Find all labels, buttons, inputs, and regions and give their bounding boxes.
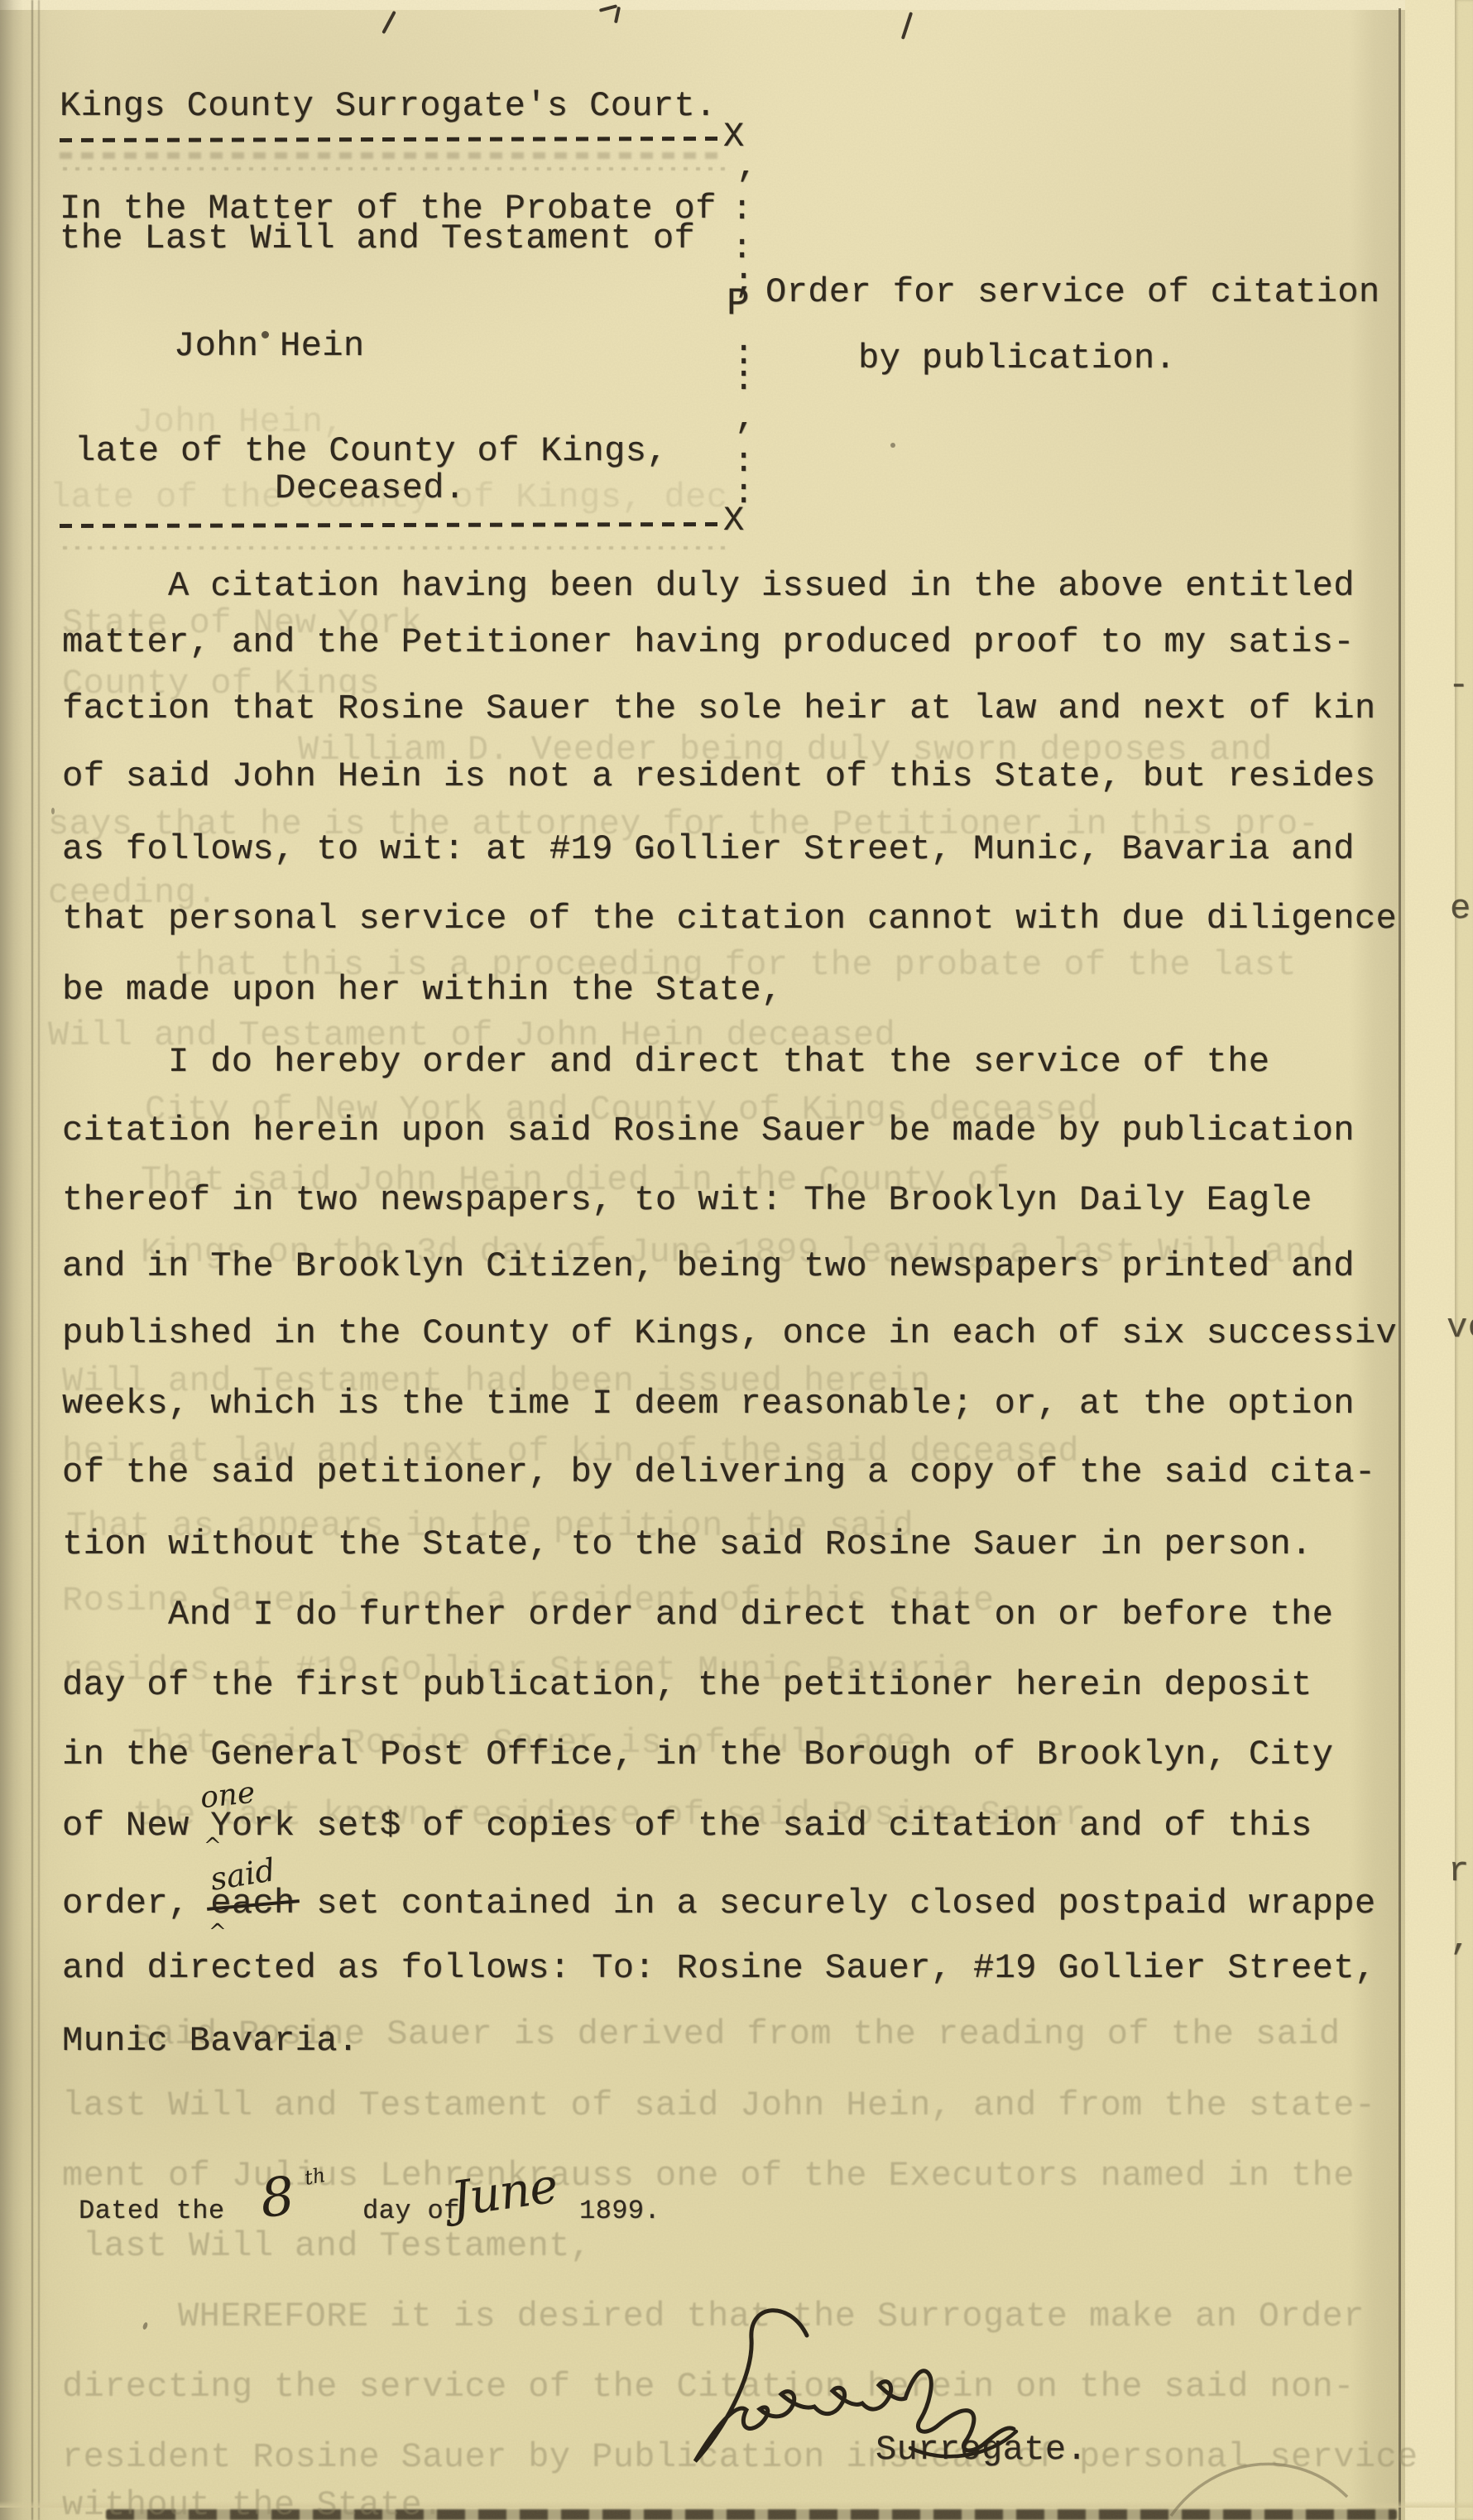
ink-speck: [890, 443, 895, 448]
body-line: weeks, which is the time I deem reasonab…: [62, 1386, 1355, 1421]
dashed-rule-ghost: [63, 546, 733, 550]
page-right-edge-line: [1399, 8, 1401, 2520]
edge-overflow-fragment: r: [1448, 1854, 1470, 1889]
caption-residence-line: late of the County of Kings,: [74, 434, 668, 468]
handwritten-month: June: [449, 2161, 560, 2223]
edge-overflow-fragment: ve: [1447, 1310, 1473, 1345]
body-line: And I do further order and direct that o…: [168, 1597, 1333, 1632]
edge-overflow-fragment: -: [1448, 668, 1470, 703]
body-line: Munic Bavaria.: [62, 2023, 358, 2058]
ghost-line: without the State.: [62, 2488, 444, 2520]
fold-line-left-1: [31, 0, 33, 2520]
insert-caret: ^: [204, 1836, 222, 1857]
body-line: day of the first publication, the petiti…: [62, 1668, 1312, 1702]
dated-middle: day of: [362, 2198, 460, 2225]
body-line: of the said petitioner, by delivering a …: [62, 1455, 1375, 1490]
body-line: and in The Brooklyn Citizen, being two n…: [62, 1249, 1355, 1284]
caption-dashed-rule-bottom: [60, 522, 722, 528]
dashed-rule-smear: [60, 152, 722, 159]
dated-year: 1899.: [579, 2198, 660, 2225]
body-line: and directed as follows: To: Rosine Saue…: [62, 1951, 1375, 1985]
document-page: Kings County Surrogate's Court. X In the…: [0, 0, 1473, 2520]
body-line: faction that Rosine Sauer the sole heir …: [62, 691, 1375, 726]
caption-column-mark: :: [732, 192, 753, 227]
dated-prefix: Dated the: [79, 2198, 224, 2225]
left-scan-edge: [0, 0, 23, 2520]
dashed-rule-ghost: [63, 167, 733, 170]
caption-matter-line2: the Last Will and Testament of: [60, 221, 695, 256]
edge-overflow-fragment: ,: [1450, 1922, 1471, 1956]
body-line: of New York set$ of copies of the said c…: [62, 1808, 1312, 1843]
ghost-line: last Will and Testament of said John Hei…: [62, 2088, 1375, 2123]
order-title-line1: Order for service of citation: [765, 275, 1380, 310]
handwritten-insert-one: one: [199, 1778, 257, 1814]
body-line: thereof in two newspapers, to wit: The B…: [62, 1183, 1312, 1217]
caption-column-mark: :: [732, 231, 753, 266]
ghost-line: ment of Julius Lehrenkrauss one of the E…: [62, 2158, 1355, 2193]
adjacent-sheet-edge: [1455, 0, 1473, 2520]
handwritten-day-ordinal: th: [303, 2165, 327, 2188]
ghost-line: last Will and Testament,: [83, 2229, 592, 2263]
handwritten-day: 8: [258, 2170, 297, 2226]
order-title-line2: by publication.: [858, 341, 1176, 376]
caption-column-mark-p: P: [727, 285, 750, 323]
body-line: be made upon her within the State,: [62, 972, 783, 1007]
scan-top-band: [0, 0, 1473, 10]
body-line: I do hereby order and direct that the se…: [168, 1044, 1269, 1079]
body-line: matter, and the Petitioner having produc…: [62, 625, 1355, 660]
adjacent-sheet-strip: [1405, 0, 1455, 2520]
caption-column-mark: :: [733, 362, 755, 397]
caption-deceased-line: Deceased.: [275, 471, 465, 506]
caption-column-mark: :: [733, 476, 755, 511]
caption-column-mark: ,: [736, 149, 758, 184]
body-line: A citation having been duly issued in th…: [168, 569, 1355, 603]
body-line: of said John Hein is not a resident of t…: [62, 759, 1375, 794]
body-line: published in the County of Kings, once i…: [62, 1316, 1397, 1351]
body-line: tion without the State, to the said Rosi…: [62, 1527, 1312, 1562]
ink-speck: [142, 2321, 149, 2330]
decedent-name: John Hein: [174, 329, 364, 363]
edge-overflow-fragment: e: [1450, 891, 1471, 926]
body-line: in the General Post Office, in the Borou…: [62, 1737, 1333, 1772]
body-line: as follows, to wit: at #19 Gollier Stree…: [62, 832, 1355, 866]
body-line: citation herein upon said Rosine Sauer b…: [62, 1113, 1355, 1148]
pen-mark: [901, 12, 913, 40]
surrogate-signature: [637, 2286, 1051, 2484]
court-name: Kings County Surrogate's Court.: [60, 89, 717, 123]
pen-mark: [381, 11, 396, 34]
handwritten-replace-said: said: [209, 1854, 278, 1895]
insert-caret: ^: [209, 1922, 227, 1943]
caption-dashed-rule-top: [60, 137, 722, 142]
fold-line-left-2: [38, 0, 40, 2520]
body-line: that personal service of the citation ca…: [62, 901, 1397, 936]
caption-column-mark: ,: [735, 401, 756, 435]
